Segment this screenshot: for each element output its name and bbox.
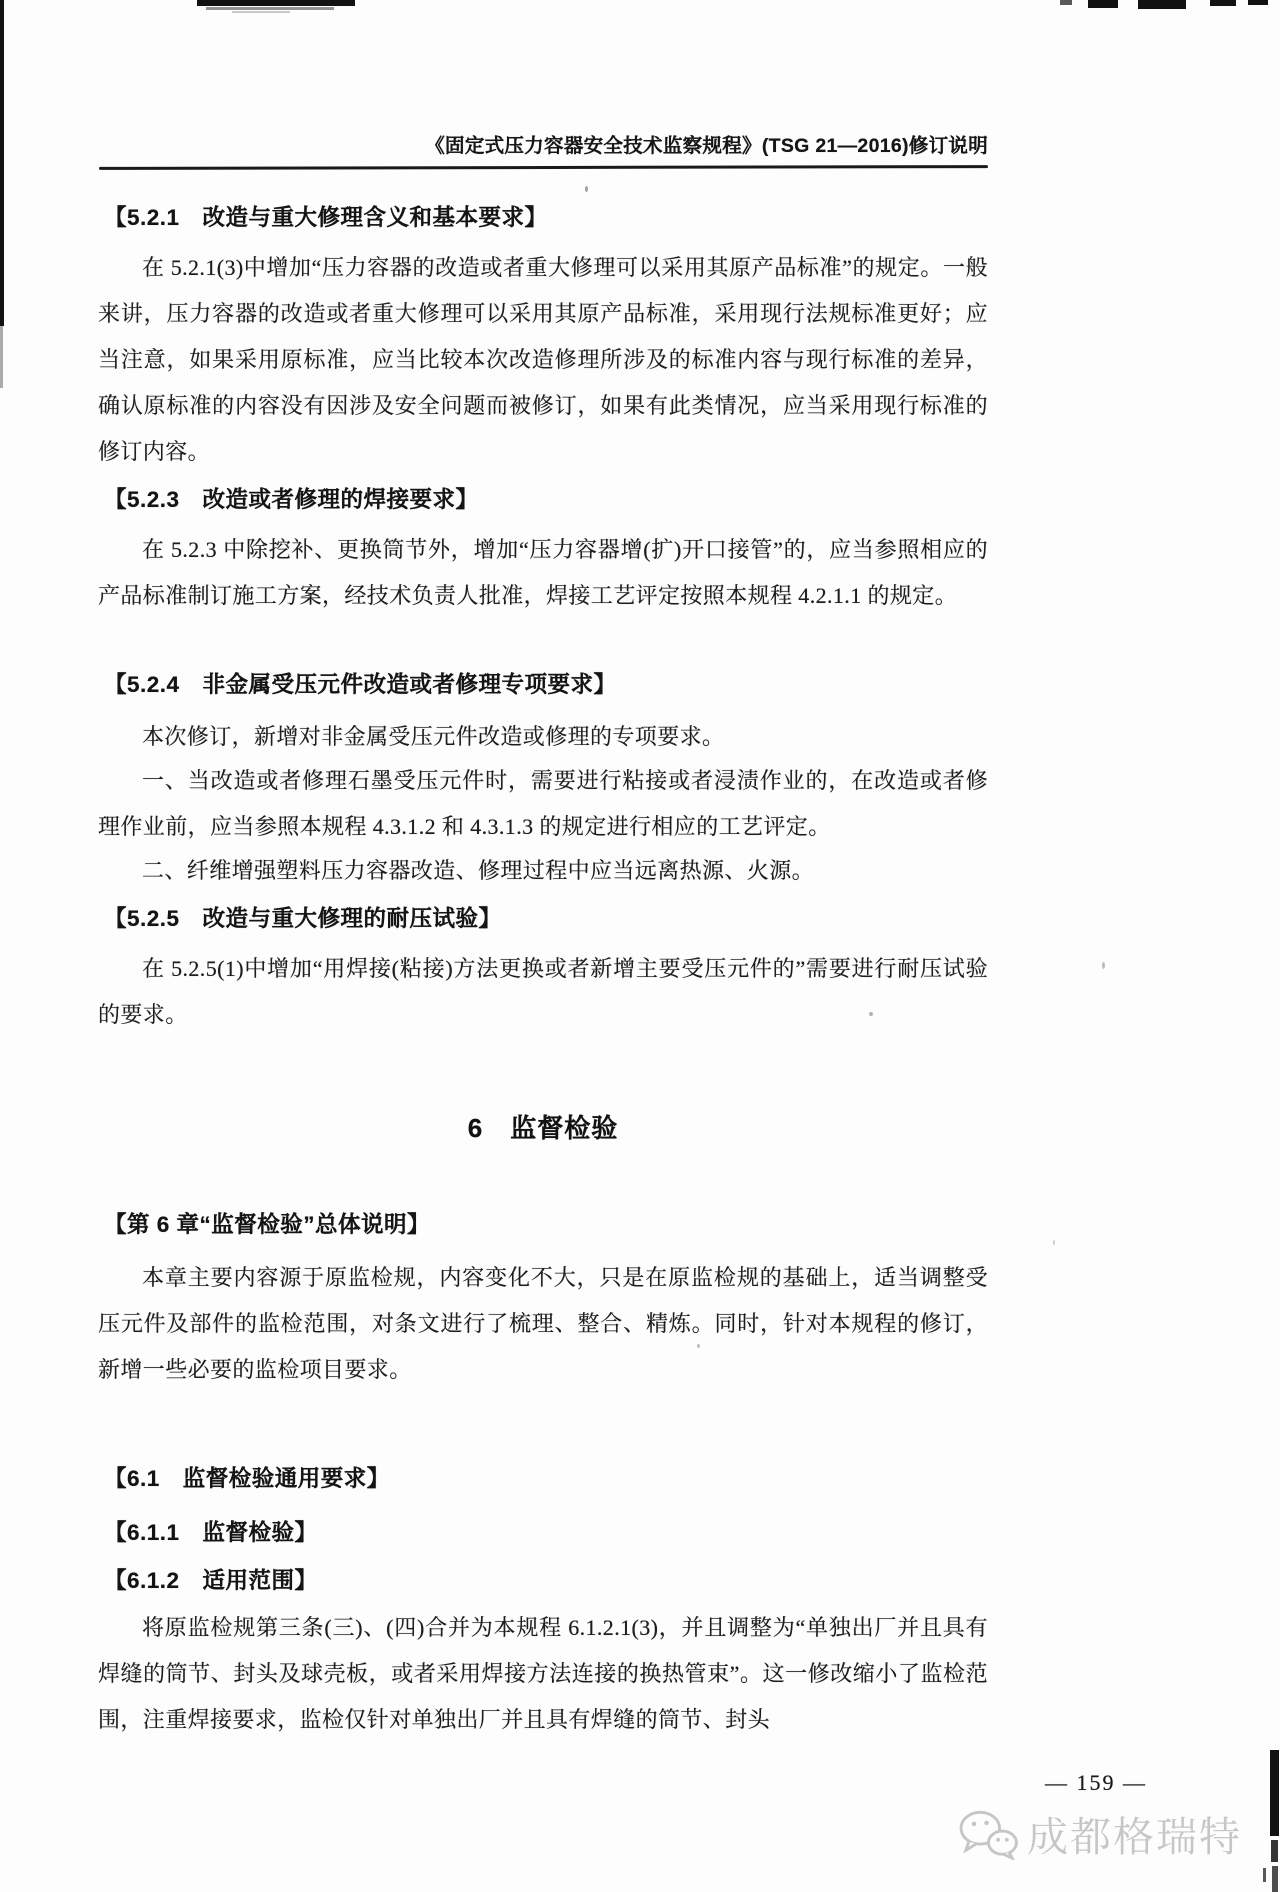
watermark-text: 成都格瑞特 bbox=[1027, 1804, 1242, 1863]
scan-artifact-top-mark bbox=[1138, 0, 1186, 9]
paragraph-5-2-4-item1: 一、当改造或者修理石墨受压元件时，需要进行粘接或者浸渍作业的，在改造或者修理作业… bbox=[98, 758, 988, 850]
chapter-heading-6: 6 监督检验 bbox=[98, 1108, 988, 1145]
scan-artifact-top-mark bbox=[1060, 0, 1072, 5]
scan-artifact-left-bar bbox=[0, 0, 4, 326]
section-heading-5-2-1: 【5.2.1 改造与重大修理含义和基本要求】 bbox=[104, 200, 988, 236]
section-heading-6-1-2: 【6.1.2 适用范围】 bbox=[104, 1563, 988, 1599]
section-heading-6-1-1: 【6.1.1 监督检验】 bbox=[104, 1515, 988, 1551]
scan-artifact-top-mark bbox=[1248, 0, 1268, 5]
scan-artifact-top-mark bbox=[1088, 0, 1118, 8]
paragraph-ch6-overview: 本章主要内容源于原监检规，内容变化不大，只是在原监检规的基础上，适当调整受压元件… bbox=[98, 1255, 988, 1393]
scan-speck bbox=[1053, 1240, 1055, 1245]
paragraph-5-2-4-intro: 本次修订，新增对非金属受压元件改造或修理的专项要求。 bbox=[98, 714, 988, 760]
paragraph-5-2-1: 在 5.2.1(3)中增加“压力容器的改造或者重大修理可以采用其原产品标准”的规… bbox=[98, 245, 988, 475]
paragraph-6-1-2: 将原监检规第三条(三)、(四)合并为本规程 6.1.2.1(3)，并且调整为“单… bbox=[98, 1605, 988, 1743]
paragraph-5-2-5: 在 5.2.5(1)中增加“用焊接(粘接)方法更换或者新增主要受压元件的”需要进… bbox=[98, 946, 988, 1038]
scan-artifact-right-bar bbox=[1271, 1840, 1278, 1862]
paragraph-5-2-3: 在 5.2.3 中除挖补、更换筒节外，增加“压力容器增(扩)开口接管”的，应当参… bbox=[98, 527, 988, 619]
scan-speck bbox=[1102, 962, 1105, 969]
scan-artifact-top-mark bbox=[1210, 0, 1236, 6]
section-heading-6-1: 【6.1 监督检验通用要求】 bbox=[104, 1461, 988, 1497]
document-page: 《固定式压力容器安全技术监察规程》(TSG 21—2016)修订说明 【5.2.… bbox=[0, 0, 1280, 1892]
scan-artifact-right-bar bbox=[1272, 1866, 1278, 1892]
scan-artifact-right-bar bbox=[1270, 1750, 1279, 1836]
scan-artifact-right-bar bbox=[1263, 1868, 1266, 1882]
section-heading-5-2-4: 【5.2.4 非金属受压元件改造或者修理专项要求】 bbox=[104, 667, 988, 703]
paragraph-5-2-4-item2: 二、纤维增强塑料压力容器改造、修理过程中应当远离热源、火源。 bbox=[98, 848, 988, 894]
watermark: 成都格瑞特 bbox=[957, 1804, 1242, 1863]
wechat-icon bbox=[957, 1808, 1019, 1860]
section-heading-5-2-5: 【5.2.5 改造与重大修理的耐压试验】 bbox=[104, 901, 988, 937]
page-number: — 159 — bbox=[1045, 1770, 1147, 1796]
section-heading-ch6-overview: 【第 6 章“监督检验”总体说明】 bbox=[104, 1207, 988, 1243]
scan-artifact-left-bar-tail bbox=[0, 326, 3, 388]
section-heading-5-2-3: 【5.2.3 改造或者修理的焊接要求】 bbox=[104, 482, 988, 518]
document-body: 【5.2.1 改造与重大修理含义和基本要求】 在 5.2.1(3)中增加“压力容… bbox=[98, 0, 988, 1892]
